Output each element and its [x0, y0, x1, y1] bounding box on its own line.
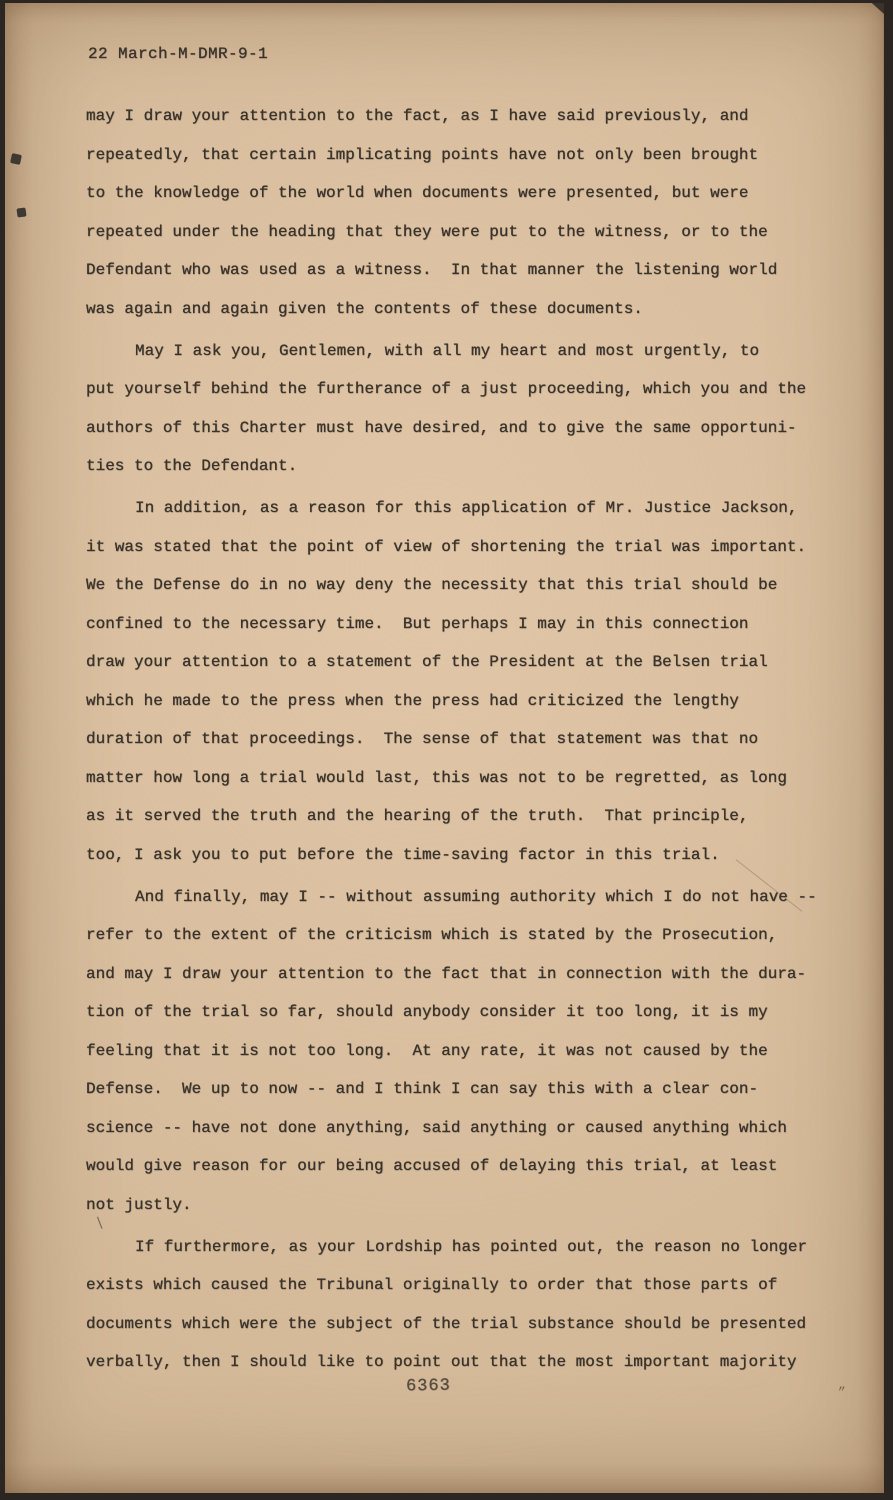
text-line: May I ask you, Gentlemen, with all my he… [86, 332, 817, 371]
text-line: tion of the trial so far, should anybody… [86, 993, 817, 1032]
text-line: matter how long a trial would last, this… [86, 759, 817, 798]
text-line: duration of that proceedings. The sense … [86, 720, 817, 759]
text-line: repeated under the heading that they wer… [86, 213, 817, 252]
text-line: confined to the necessary time. But perh… [86, 605, 817, 644]
text-line: may I draw your attention to the fact, a… [86, 97, 817, 136]
text-line: If furthermore, as your Lordship has poi… [86, 1228, 817, 1267]
text-line: and may I draw your attention to the fac… [86, 955, 817, 994]
text-line: to the knowledge of the world when docum… [86, 174, 817, 213]
text-line: And finally, may I -- without assuming a… [86, 878, 817, 917]
document-body: may I draw your attention to the fact, a… [86, 97, 817, 1382]
text-line: draw your attention to a statement of th… [86, 643, 817, 682]
ink-speck [10, 153, 22, 165]
text-line: it was stated that the point of view of … [86, 528, 817, 567]
document-page: 22 March-M-DMR-9-1 may I draw your atten… [5, 3, 884, 1493]
text-line: authors of this Charter must have desire… [86, 409, 817, 448]
text-line: which he made to the press when the pres… [86, 682, 817, 721]
text-line: would give reason for our being accused … [86, 1147, 817, 1186]
text-line: too, I ask you to put before the time-sa… [86, 836, 817, 875]
paragraph: may I draw your attention to the fact, a… [86, 97, 817, 328]
text-line: We the Defense do in no way deny the nec… [86, 566, 817, 605]
paragraph: In addition, as a reason for this applic… [86, 489, 817, 874]
paragraph: If furthermore, as your Lordship has poi… [86, 1228, 817, 1382]
text-line: not justly. [86, 1186, 817, 1225]
scanned-page-background: 22 March-M-DMR-9-1 may I draw your atten… [0, 0, 893, 1500]
text-line: ties to the Defendant. [86, 447, 817, 486]
text-line: exists which caused the Tribunal origina… [86, 1266, 817, 1305]
paragraph: And finally, may I -- without assuming a… [86, 878, 817, 1225]
paragraph: May I ask you, Gentlemen, with all my he… [86, 332, 817, 486]
text-line: science -- have not done anything, said … [86, 1109, 817, 1148]
text-line: In addition, as a reason for this applic… [86, 489, 817, 528]
text-line: refer to the extent of the criticism whi… [86, 916, 817, 955]
page-header-code: 22 March-M-DMR-9-1 [88, 45, 268, 63]
text-line: Defendant who was used as a witness. In … [86, 251, 817, 290]
text-line: documents which were the subject of the … [86, 1305, 817, 1344]
text-line: as it served the truth and the hearing o… [86, 797, 817, 836]
text-line: Defense. We up to now -- and I think I c… [86, 1070, 817, 1109]
text-line: repeatedly, that certain implicating poi… [86, 136, 817, 175]
text-line: verbally, then I should like to point ou… [86, 1343, 817, 1382]
ink-speck [16, 207, 26, 217]
page-number: 6363 [406, 1377, 451, 1397]
text-line: was again and again given the contents o… [86, 290, 817, 329]
stray-mark: „ [838, 1377, 846, 1392]
text-line: put yourself behind the furtherance of a… [86, 370, 817, 409]
text-line: feeling that it is not too long. At any … [86, 1032, 817, 1071]
